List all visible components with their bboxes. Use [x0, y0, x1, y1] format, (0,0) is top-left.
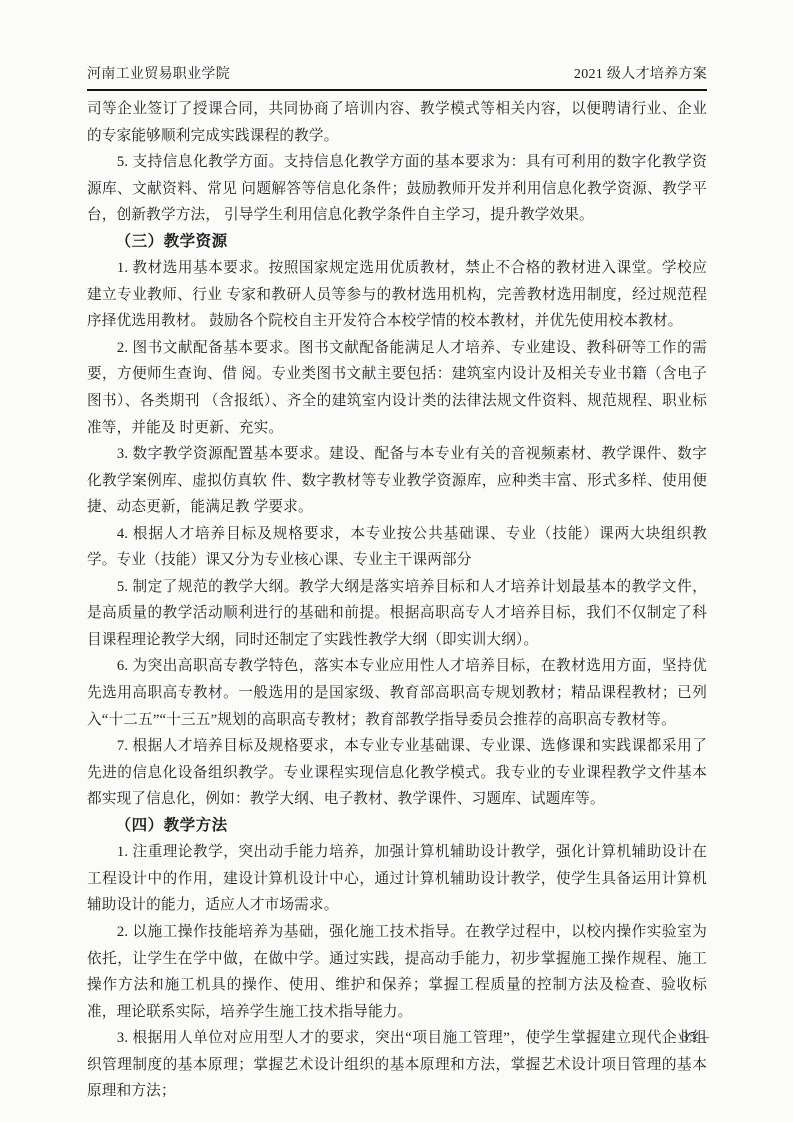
- paragraph-theory-teaching: 1. 注重理论教学，突出动手能力培养，加强计算机辅助设计教学，强化计算机辅助设计…: [87, 839, 707, 919]
- paragraph-textbook-priority: 6. 为突出高职高专教学特色，落实本专业应用性人才培养目标，在教材选用方面，坚持…: [87, 653, 707, 733]
- header-document-title: 2021 级人才培养方案: [574, 63, 707, 83]
- paragraph-construction-skills: 2. 以施工操作技能培养为基础，强化施工技术指导。在教学过程中，以校内操作实验室…: [87, 919, 707, 1025]
- paragraph-library-documents: 2. 图书文献配备基本要求。图书文献配备能满足人才培养、专业建设、教科研等工作的…: [87, 335, 707, 441]
- section-heading-teaching-resources: （三）教学资源: [87, 229, 707, 256]
- header-school-name: 河南工业贸易职业学院: [87, 63, 230, 83]
- paragraph-item-5-informatization: 5. 支持信息化教学方面。支持信息化教学方面的基本要求为：具有可利用的数字化教学…: [87, 149, 707, 229]
- page-number: – 35 –: [669, 1030, 710, 1046]
- section-heading-teaching-methods: （四）教学方法: [87, 813, 707, 840]
- paragraph-course-structure: 4. 根据人才培养目标及规格要求，本专业按公共基础课、专业（技能）课两大块组织教…: [87, 521, 707, 574]
- paragraph-project-management: 3. 根据用人单位对应用型人才的要求，突出“项目施工管理”，使学生掌握建立现代企…: [87, 1025, 707, 1105]
- page-header: 河南工业贸易职业学院 2021 级人才培养方案: [87, 63, 707, 91]
- document-body: 司等企业签订了授课合同，共同协商了培训内容、教学模式等相关内容，以便聘请行业、企…: [87, 96, 707, 1105]
- paragraph-syllabus: 5. 制定了规范的教学大纲。教学大纲是落实培养目标和人才培养计划最基本的教学文件…: [87, 574, 707, 654]
- paragraph-textbook-selection: 1. 教材选用基本要求。按照国家规定选用优质教材，禁止不合格的教材进入课堂。学校…: [87, 255, 707, 335]
- document-page: 河南工业贸易职业学院 2021 级人才培养方案 司等企业签订了授课合同，共同协商…: [0, 0, 793, 1122]
- paragraph-informatization-equipment: 7. 根据人才培养目标及规格要求，本专业专业基础课、专业课、选修课和实践课都采用…: [87, 733, 707, 813]
- paragraph-continuation: 司等企业签订了授课合同，共同协商了培训内容、教学模式等相关内容，以便聘请行业、企…: [87, 96, 707, 149]
- paragraph-digital-resources: 3. 数字教学资源配置基本要求。建设、配备与本专业有关的音视频素材、教学课件、数…: [87, 441, 707, 521]
